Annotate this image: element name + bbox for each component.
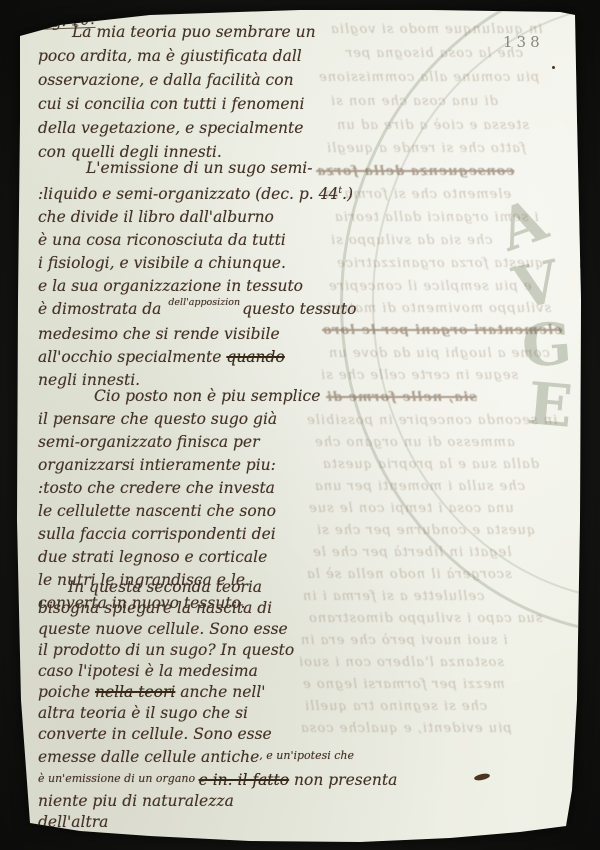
ink-speck [552,66,555,69]
handwritten-text: le cellulette nascenti che sono [38,502,276,520]
handwritten-text: dell'altra [38,813,108,831]
handwritten-text: osservazione, e dalla facilità con [38,71,294,89]
manuscript-line: medesimo che si rende visibile [38,323,458,346]
edge-spot [571,798,577,804]
manuscript-line: altra teoria è il sugo che si [38,703,458,724]
handwritten-text: La mia teoria puo sembrare un [72,23,316,41]
manuscript-line: caso l'ipotesi è la medesima [38,661,458,682]
handwritten-text: emesse dalle cellule antiche [38,748,259,766]
manuscript-line: che divide il libro dall'alburno [38,206,458,229]
manuscript-line: i fisiologi, e visibile a chiunque. [38,252,458,275]
struck-text: nella teori [95,683,175,701]
manuscript-line: Cio posto non è piu semplice [38,385,458,408]
paper-sheet: AVGE in qualunque modo si vogliache la c… [0,0,600,850]
edge-notch [580,260,584,269]
scanned-manuscript-page: AVGE in qualunque modo si vogliache la c… [0,0,600,850]
manuscript-line: della vegetazione, e specialmente [38,116,458,140]
manuscript-line: niente piu di naturalezza [38,791,458,812]
manuscript-line: all'occhio specialmente quando [38,346,458,369]
handwritten-text: organizzarsi intieramente piu: [38,456,276,474]
manuscript-line: poiche nella teori anche nell' [38,682,458,703]
handwritten-text: bisogna spiegare la nascita di [38,599,272,617]
handwritten-text: medesimo che si rende visibile [38,325,280,343]
handwritten-text: , e un'ipotesi che [259,749,354,762]
handwritten-text: queste nuove cellule. Sono esse [38,620,288,638]
handwritten-text: caso l'ipotesi è la medesima [38,662,258,680]
manuscript-line: sulla faccia corrispondenti dei [38,523,458,546]
struck-text: e in. il fatto [199,771,290,789]
handwritten-text: che divide il libro dall'alburno [38,208,274,226]
manuscript-line: il prodotto di un sugo? In questo [38,640,458,661]
handwritten-text: è dimostrata da [38,300,166,318]
manuscript-line: converte in cellule. Sono esse [38,724,458,745]
edge-spot [566,828,573,833]
manuscript-line: osservazione, e dalla facilità con [38,68,458,92]
manuscript-line: dell'altra [38,812,458,833]
folio-stamp-number: 138 [503,33,544,51]
manuscript-paragraph: L'emissione di un sugo semi-:liquido e s… [38,157,458,392]
manuscript-line: le cellulette nascenti che sono [38,500,458,523]
manuscript-line: queste nuove cellule. Sono esse [38,619,458,640]
paper-wrap: AVGE in qualunque modo si vogliache la c… [0,0,600,850]
handwritten-text: niente piu di naturalezza [38,792,234,810]
handwritten-text: cui si concilia con tutti i fenomeni [38,95,305,113]
handwritten-text: il prodotto di un sugo? In questo [38,641,294,659]
handwritten-text: semi-organizzato finisca per [38,433,260,451]
manuscript-line: due strati legnoso e corticale [38,546,458,569]
handwritten-text: poiche [38,683,95,701]
manuscript-line: emesse dalle cellule antiche, e un'ipote… [38,745,458,768]
manuscript-line: è una cosa riconosciuta da tutti [38,229,458,252]
handwritten-text: è un'emissione di un organo [38,772,199,785]
handwritten-text: anche nell' [175,683,265,701]
handwritten-text: altra teoria è il sugo che si [38,704,248,722]
handwritten-text: poco ardita, ma è giustificata dall [38,47,302,65]
handwritten-text: i fisiologi, e visibile a chiunque. [38,254,286,272]
handwritten-text: .) [342,185,353,203]
ink-blot [474,772,491,781]
manuscript-line: è dimostrata da dell'apposizionquesto te… [38,298,458,323]
manuscript-line: :tosto che credere che investa [38,477,458,500]
manuscript-line: La mia teoria puo sembrare un [38,20,458,44]
handwritten-text: questo tessuto [242,300,356,318]
handwritten-text: il pensare che questo sugo già [38,410,277,428]
handwritten-text: L'emissione di un sugo semi- [86,159,313,177]
handwritten-text: della vegetazione, e specialmente [38,119,303,137]
manuscript-line: bisogna spiegare la nascita di [38,598,458,619]
struck-text: quando [226,348,284,366]
handwritten-text: In questa seconda teoria [68,578,262,596]
manuscript-line: organizzarsi intieramente piu: [38,454,458,477]
manuscript-line: il pensare che questo sugo già [38,408,458,431]
manuscript-line: In questa seconda teoria [38,577,458,598]
handwritten-text: due strati legnoso e corticale [38,548,267,566]
handwritten-text: sulla faccia corrispondenti dei [38,525,276,543]
manuscript-line: cui si concilia con tutti i fenomeni [38,92,458,116]
manuscript-line: L'emissione di un sugo semi- [38,157,458,180]
handwritten-text: non presenta [289,771,397,789]
handwritten-text: :tosto che credere che investa [38,479,275,497]
handwritten-text: :liquido e semi-organizzato (dec. p. 44 [38,185,338,203]
manuscript-line: semi-organizzato finisca per [38,431,458,454]
manuscript-line: e la sua organizzazione in tessuto [38,275,458,298]
handwritten-text: all'occhio specialmente [38,348,226,366]
manuscript-line: :liquido e semi-organizzato (dec. p. 44t… [38,180,458,206]
interlinear-insert: dell'apposizion [168,291,240,314]
handwritten-text: converte in cellule. Sono esse [38,725,272,743]
manuscript-paragraph: La mia teoria puo sembrare unpoco ardita… [38,20,458,164]
handwritten-text: Cio posto non è piu semplice [94,387,320,405]
manuscript-line: è un'emissione di un organo e in. il fat… [38,768,458,791]
manuscript-line: poco ardita, ma è giustificata dall [38,44,458,68]
manuscript-paragraph: In questa seconda teoriabisogna spiegare… [38,577,458,833]
handwritten-text: è una cosa riconosciuta da tutti [38,231,286,249]
